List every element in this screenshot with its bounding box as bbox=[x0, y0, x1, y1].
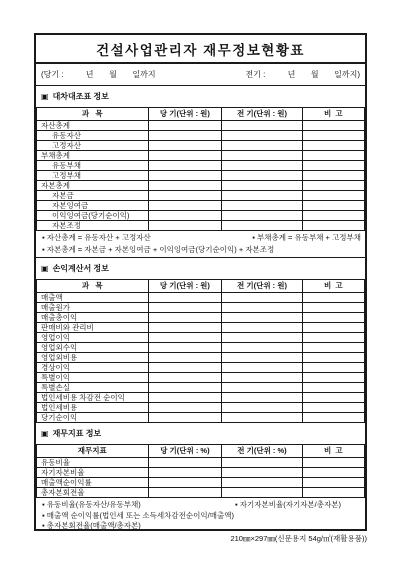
table-row: 매출총이익 bbox=[37, 313, 365, 323]
period-previous: 전기 : 년 월 일까지) bbox=[245, 69, 360, 80]
col-header-previous: 전 기(단위 : 원) bbox=[222, 280, 302, 293]
item-label-cell: 고정부채 bbox=[37, 171, 149, 181]
remark-cell bbox=[302, 141, 364, 151]
table-row: 자본조정 bbox=[37, 221, 365, 231]
remark-cell bbox=[302, 303, 364, 313]
table-row: 자본금 bbox=[37, 191, 365, 201]
previous-value-cell bbox=[222, 303, 302, 313]
previous-value-cell bbox=[222, 333, 302, 343]
item-label-cell: 유동부채 bbox=[37, 161, 149, 171]
section-heading-balance-sheet: ▣ 대차대조표 정보 bbox=[36, 86, 365, 107]
previous-value-cell bbox=[222, 201, 302, 211]
remark-cell bbox=[302, 363, 364, 373]
table-header-row: 과 목 당 기(단위 : 원) 전 기(단위 : 원) 비 고 bbox=[37, 108, 365, 121]
item-label-cell: 고정자산 bbox=[37, 141, 149, 151]
table-row: 특별이익 bbox=[37, 373, 365, 383]
previous-value-cell bbox=[222, 141, 302, 151]
financial-ratios-table: 재무지표 당 기(단위 : %) 전 기(단위 : %) 비 고 유동비율자기자… bbox=[36, 444, 365, 498]
item-label-cell: 영업외비용 bbox=[37, 353, 149, 363]
previous-value-cell bbox=[222, 161, 302, 171]
balance-sheet-footnotes: ▪ 자산총계 = 유동자산 + 고정자산 ▪ 부채총계 = 유동부채 + 고정부… bbox=[36, 231, 365, 258]
col-header-current: 당 기(단위 : 원) bbox=[148, 280, 222, 293]
table-row: 자산총계 bbox=[37, 121, 365, 131]
table-row: 자본총계 bbox=[37, 181, 365, 191]
table-row: 영업외비용 bbox=[37, 353, 365, 363]
current-value-cell bbox=[148, 181, 222, 191]
current-value-cell bbox=[148, 403, 222, 413]
table-header-row: 재무지표 당 기(단위 : %) 전 기(단위 : %) 비 고 bbox=[37, 445, 365, 458]
current-value-cell bbox=[148, 313, 222, 323]
previous-value-cell bbox=[222, 478, 302, 488]
form-document: 건설사업관리자 재무정보현황표 (당기 : 년 월 일까지 전기 : 년 월 일… bbox=[34, 33, 367, 531]
footnote: ▪ 매출액 순이익률(법인세 또는 소득세차감전순이익/매출액) bbox=[42, 511, 234, 522]
current-value-cell bbox=[148, 383, 222, 393]
remark-cell bbox=[302, 373, 364, 383]
current-value-cell bbox=[148, 131, 222, 141]
table-row: 총자본회전율 bbox=[37, 488, 365, 498]
footnote: ▪ 자산총계 = 유동자산 + 고정자산 bbox=[42, 232, 151, 244]
footnote: ▪ 유동비율(유동자산/유동부채) bbox=[42, 500, 141, 511]
col-header-item: 과 목 bbox=[37, 108, 149, 121]
previous-value-cell bbox=[222, 293, 302, 303]
item-label-cell: 자본조정 bbox=[37, 221, 149, 231]
period-current: (당기 : 년 월 일까지 bbox=[41, 69, 156, 80]
remark-cell bbox=[302, 171, 364, 181]
item-label-cell: 이익잉여금(당기순이익) bbox=[37, 211, 149, 221]
footnote-line: ▪ 자산총계 = 유동자산 + 고정자산 ▪ 부채총계 = 유동부채 + 고정부… bbox=[42, 232, 361, 244]
previous-value-cell bbox=[222, 221, 302, 231]
income-statement-table: 과 목 당 기(단위 : 원) 전 기(단위 : 원) 비 고 매출액매출원가매… bbox=[36, 279, 365, 423]
balance-sheet-table: 과 목 당 기(단위 : 원) 전 기(단위 : 원) 비 고 자산총계유동자산… bbox=[36, 107, 365, 231]
previous-value-cell bbox=[222, 121, 302, 131]
table-row: 특별손실 bbox=[37, 383, 365, 393]
item-label-cell: 총자본회전율 bbox=[37, 488, 149, 498]
previous-value-cell bbox=[222, 343, 302, 353]
previous-value-cell bbox=[222, 468, 302, 478]
previous-value-cell bbox=[222, 363, 302, 373]
col-header-previous: 전 기(단위 : 원) bbox=[222, 108, 302, 121]
table-row: 이익잉여금(당기순이익) bbox=[37, 211, 365, 221]
current-value-cell bbox=[148, 211, 222, 221]
section-marker-icon: ▣ bbox=[41, 264, 49, 273]
remark-cell bbox=[302, 201, 364, 211]
item-label-cell: 법인세비용 차감전 순이익 bbox=[37, 393, 149, 403]
remark-cell bbox=[302, 458, 364, 468]
remark-cell bbox=[302, 353, 364, 363]
remark-cell bbox=[302, 468, 364, 478]
table-row: 판매비와 관리비 bbox=[37, 323, 365, 333]
table-row: 자본잉여금 bbox=[37, 201, 365, 211]
col-header-current: 당 기(단위 : %) bbox=[148, 445, 222, 458]
col-header-remark: 비 고 bbox=[302, 108, 364, 121]
col-header-remark: 비 고 bbox=[302, 280, 364, 293]
table-row: 유동비율 bbox=[37, 458, 365, 468]
current-value-cell bbox=[148, 488, 222, 498]
remark-cell bbox=[302, 333, 364, 343]
item-label-cell: 경상이익 bbox=[37, 363, 149, 373]
table-row: 영업외수익 bbox=[37, 343, 365, 353]
financial-ratios-footnotes: ▪ 유동비율(유동자산/유동부채) ▪ 자기자본비율(자기자본/총자본) ▪ 매… bbox=[36, 498, 365, 531]
footnote-line: ▪ 유동비율(유동자산/유동부채) ▪ 자기자본비율(자기자본/총자본) bbox=[42, 500, 361, 511]
section-heading-label: 손익계산서 정보 bbox=[53, 263, 109, 274]
item-label-cell: 특별이익 bbox=[37, 373, 149, 383]
table-row: 자기자본비율 bbox=[37, 468, 365, 478]
remark-cell bbox=[302, 191, 364, 201]
current-value-cell bbox=[148, 303, 222, 313]
section-marker-icon: ▣ bbox=[41, 92, 49, 101]
remark-cell bbox=[302, 221, 364, 231]
section-marker-icon: ▣ bbox=[41, 429, 49, 438]
item-label-cell: 매출액 bbox=[37, 293, 149, 303]
item-label-cell: 자본금 bbox=[37, 191, 149, 201]
income-statement-body: 매출액매출원가매출총이익판매비와 관리비영업이익영업외수익영업외비용경상이익특별… bbox=[37, 293, 365, 423]
remark-cell bbox=[302, 393, 364, 403]
table-row: 유동자산 bbox=[37, 131, 365, 141]
item-label-cell: 자산총계 bbox=[37, 121, 149, 131]
previous-value-cell bbox=[222, 151, 302, 161]
footnote-line: ▪ 매출액 순이익률(법인세 또는 소득세차감전순이익/매출액) bbox=[42, 511, 361, 522]
section-heading-label: 재무지표 정보 bbox=[53, 428, 102, 439]
paper-spec-footer: 210㎜×297㎜(신문용지 54g/㎡(재활용품)) bbox=[230, 533, 367, 544]
remark-cell bbox=[302, 383, 364, 393]
section-heading-income-statement: ▣ 손익계산서 정보 bbox=[36, 258, 365, 279]
table-row: 매출원가 bbox=[37, 303, 365, 313]
previous-value-cell bbox=[222, 403, 302, 413]
financial-ratios-body: 유동비율자기자본비율매출액순이익률총자본회전율 bbox=[37, 458, 365, 498]
current-value-cell bbox=[148, 413, 222, 423]
remark-cell bbox=[302, 313, 364, 323]
footnote: ▪ 자기자본비율(자기자본/총자본) bbox=[235, 500, 341, 511]
remark-cell bbox=[302, 488, 364, 498]
current-value-cell bbox=[148, 333, 222, 343]
remark-cell bbox=[302, 403, 364, 413]
footnote: ▪ 총자본회전율(매출액/총자본) bbox=[42, 521, 141, 531]
remark-cell bbox=[302, 413, 364, 423]
previous-value-cell bbox=[222, 171, 302, 181]
col-header-previous: 전 기(단위 : %) bbox=[222, 445, 302, 458]
item-label-cell: 매출총이익 bbox=[37, 313, 149, 323]
previous-value-cell bbox=[222, 393, 302, 403]
item-label-cell: 당기순이익 bbox=[37, 413, 149, 423]
remark-cell bbox=[302, 181, 364, 191]
period-row: (당기 : 년 월 일까지 전기 : 년 월 일까지) bbox=[36, 64, 365, 86]
item-label-cell: 영업이익 bbox=[37, 333, 149, 343]
remark-cell bbox=[302, 131, 364, 141]
page: { "page": { "title": "건설사업관리자 재무정보현황표", … bbox=[0, 0, 400, 565]
table-row: 유동부채 bbox=[37, 161, 365, 171]
current-value-cell bbox=[148, 343, 222, 353]
remark-cell bbox=[302, 161, 364, 171]
item-label-cell: 특별손실 bbox=[37, 383, 149, 393]
col-header-current: 당 기(단위 : 원) bbox=[148, 108, 222, 121]
previous-value-cell bbox=[222, 211, 302, 221]
current-value-cell bbox=[148, 121, 222, 131]
item-label-cell: 매출원가 bbox=[37, 303, 149, 313]
current-value-cell bbox=[148, 323, 222, 333]
current-value-cell bbox=[148, 141, 222, 151]
previous-value-cell bbox=[222, 458, 302, 468]
current-value-cell bbox=[148, 373, 222, 383]
current-value-cell bbox=[148, 151, 222, 161]
remark-cell bbox=[302, 211, 364, 221]
remark-cell bbox=[302, 343, 364, 353]
current-value-cell bbox=[148, 221, 222, 231]
section-heading-financial-ratios: ▣ 재무지표 정보 bbox=[36, 423, 365, 444]
previous-value-cell bbox=[222, 413, 302, 423]
previous-value-cell bbox=[222, 353, 302, 363]
table-row: 경상이익 bbox=[37, 363, 365, 373]
col-header-item: 재무지표 bbox=[37, 445, 149, 458]
item-label-cell: 법인세비용 bbox=[37, 403, 149, 413]
item-label-cell: 부채총계 bbox=[37, 151, 149, 161]
table-row: 부채총계 bbox=[37, 151, 365, 161]
previous-value-cell bbox=[222, 191, 302, 201]
table-row: 영업이익 bbox=[37, 333, 365, 343]
item-label-cell: 자본잉여금 bbox=[37, 201, 149, 211]
footnote: ▪ 부채총계 = 유동부채 + 고정부채 bbox=[252, 232, 361, 244]
table-row: 매출액순이익률 bbox=[37, 478, 365, 488]
item-label-cell: 판매비와 관리비 bbox=[37, 323, 149, 333]
current-value-cell bbox=[148, 161, 222, 171]
balance-sheet-body: 자산총계유동자산고정자산부채총계유동부채고정부채자본총계자본금자본잉여금이익잉여… bbox=[37, 121, 365, 231]
table-row: 고정부채 bbox=[37, 171, 365, 181]
table-row: 고정자산 bbox=[37, 141, 365, 151]
item-label-cell: 자기자본비율 bbox=[37, 468, 149, 478]
current-value-cell bbox=[148, 363, 222, 373]
item-label-cell: 자본총계 bbox=[37, 181, 149, 191]
item-label-cell: 영업외수익 bbox=[37, 343, 149, 353]
current-value-cell bbox=[148, 478, 222, 488]
current-value-cell bbox=[148, 458, 222, 468]
current-value-cell bbox=[148, 201, 222, 211]
col-header-item: 과 목 bbox=[37, 280, 149, 293]
item-label-cell: 유동자산 bbox=[37, 131, 149, 141]
remark-cell bbox=[302, 323, 364, 333]
remark-cell bbox=[302, 151, 364, 161]
table-row: 매출액 bbox=[37, 293, 365, 303]
table-header-row: 과 목 당 기(단위 : 원) 전 기(단위 : 원) 비 고 bbox=[37, 280, 365, 293]
item-label-cell: 매출액순이익률 bbox=[37, 478, 149, 488]
remark-cell bbox=[302, 293, 364, 303]
previous-value-cell bbox=[222, 373, 302, 383]
remark-cell bbox=[302, 121, 364, 131]
previous-value-cell bbox=[222, 488, 302, 498]
footnote-line: ▪ 자본총계 = 자본금 + 자본잉여금 + 이익잉여금(당기순이익) + 자본… bbox=[42, 244, 361, 256]
previous-value-cell bbox=[222, 383, 302, 393]
form-title: 건설사업관리자 재무정보현황표 bbox=[36, 35, 365, 64]
table-row: 법인세비용 차감전 순이익 bbox=[37, 393, 365, 403]
current-value-cell bbox=[148, 468, 222, 478]
current-value-cell bbox=[148, 171, 222, 181]
footnote: ▪ 자본총계 = 자본금 + 자본잉여금 + 이익잉여금(당기순이익) + 자본… bbox=[42, 244, 274, 256]
table-row: 법인세비용 bbox=[37, 403, 365, 413]
previous-value-cell bbox=[222, 181, 302, 191]
current-value-cell bbox=[148, 191, 222, 201]
current-value-cell bbox=[148, 293, 222, 303]
item-label-cell: 유동비율 bbox=[37, 458, 149, 468]
previous-value-cell bbox=[222, 131, 302, 141]
section-heading-label: 대차대조표 정보 bbox=[53, 91, 109, 102]
footnote-line: ▪ 총자본회전율(매출액/총자본) bbox=[42, 521, 361, 531]
previous-value-cell bbox=[222, 313, 302, 323]
previous-value-cell bbox=[222, 323, 302, 333]
current-value-cell bbox=[148, 393, 222, 403]
current-value-cell bbox=[148, 353, 222, 363]
table-row: 당기순이익 bbox=[37, 413, 365, 423]
col-header-remark: 비 고 bbox=[302, 445, 364, 458]
remark-cell bbox=[302, 478, 364, 488]
